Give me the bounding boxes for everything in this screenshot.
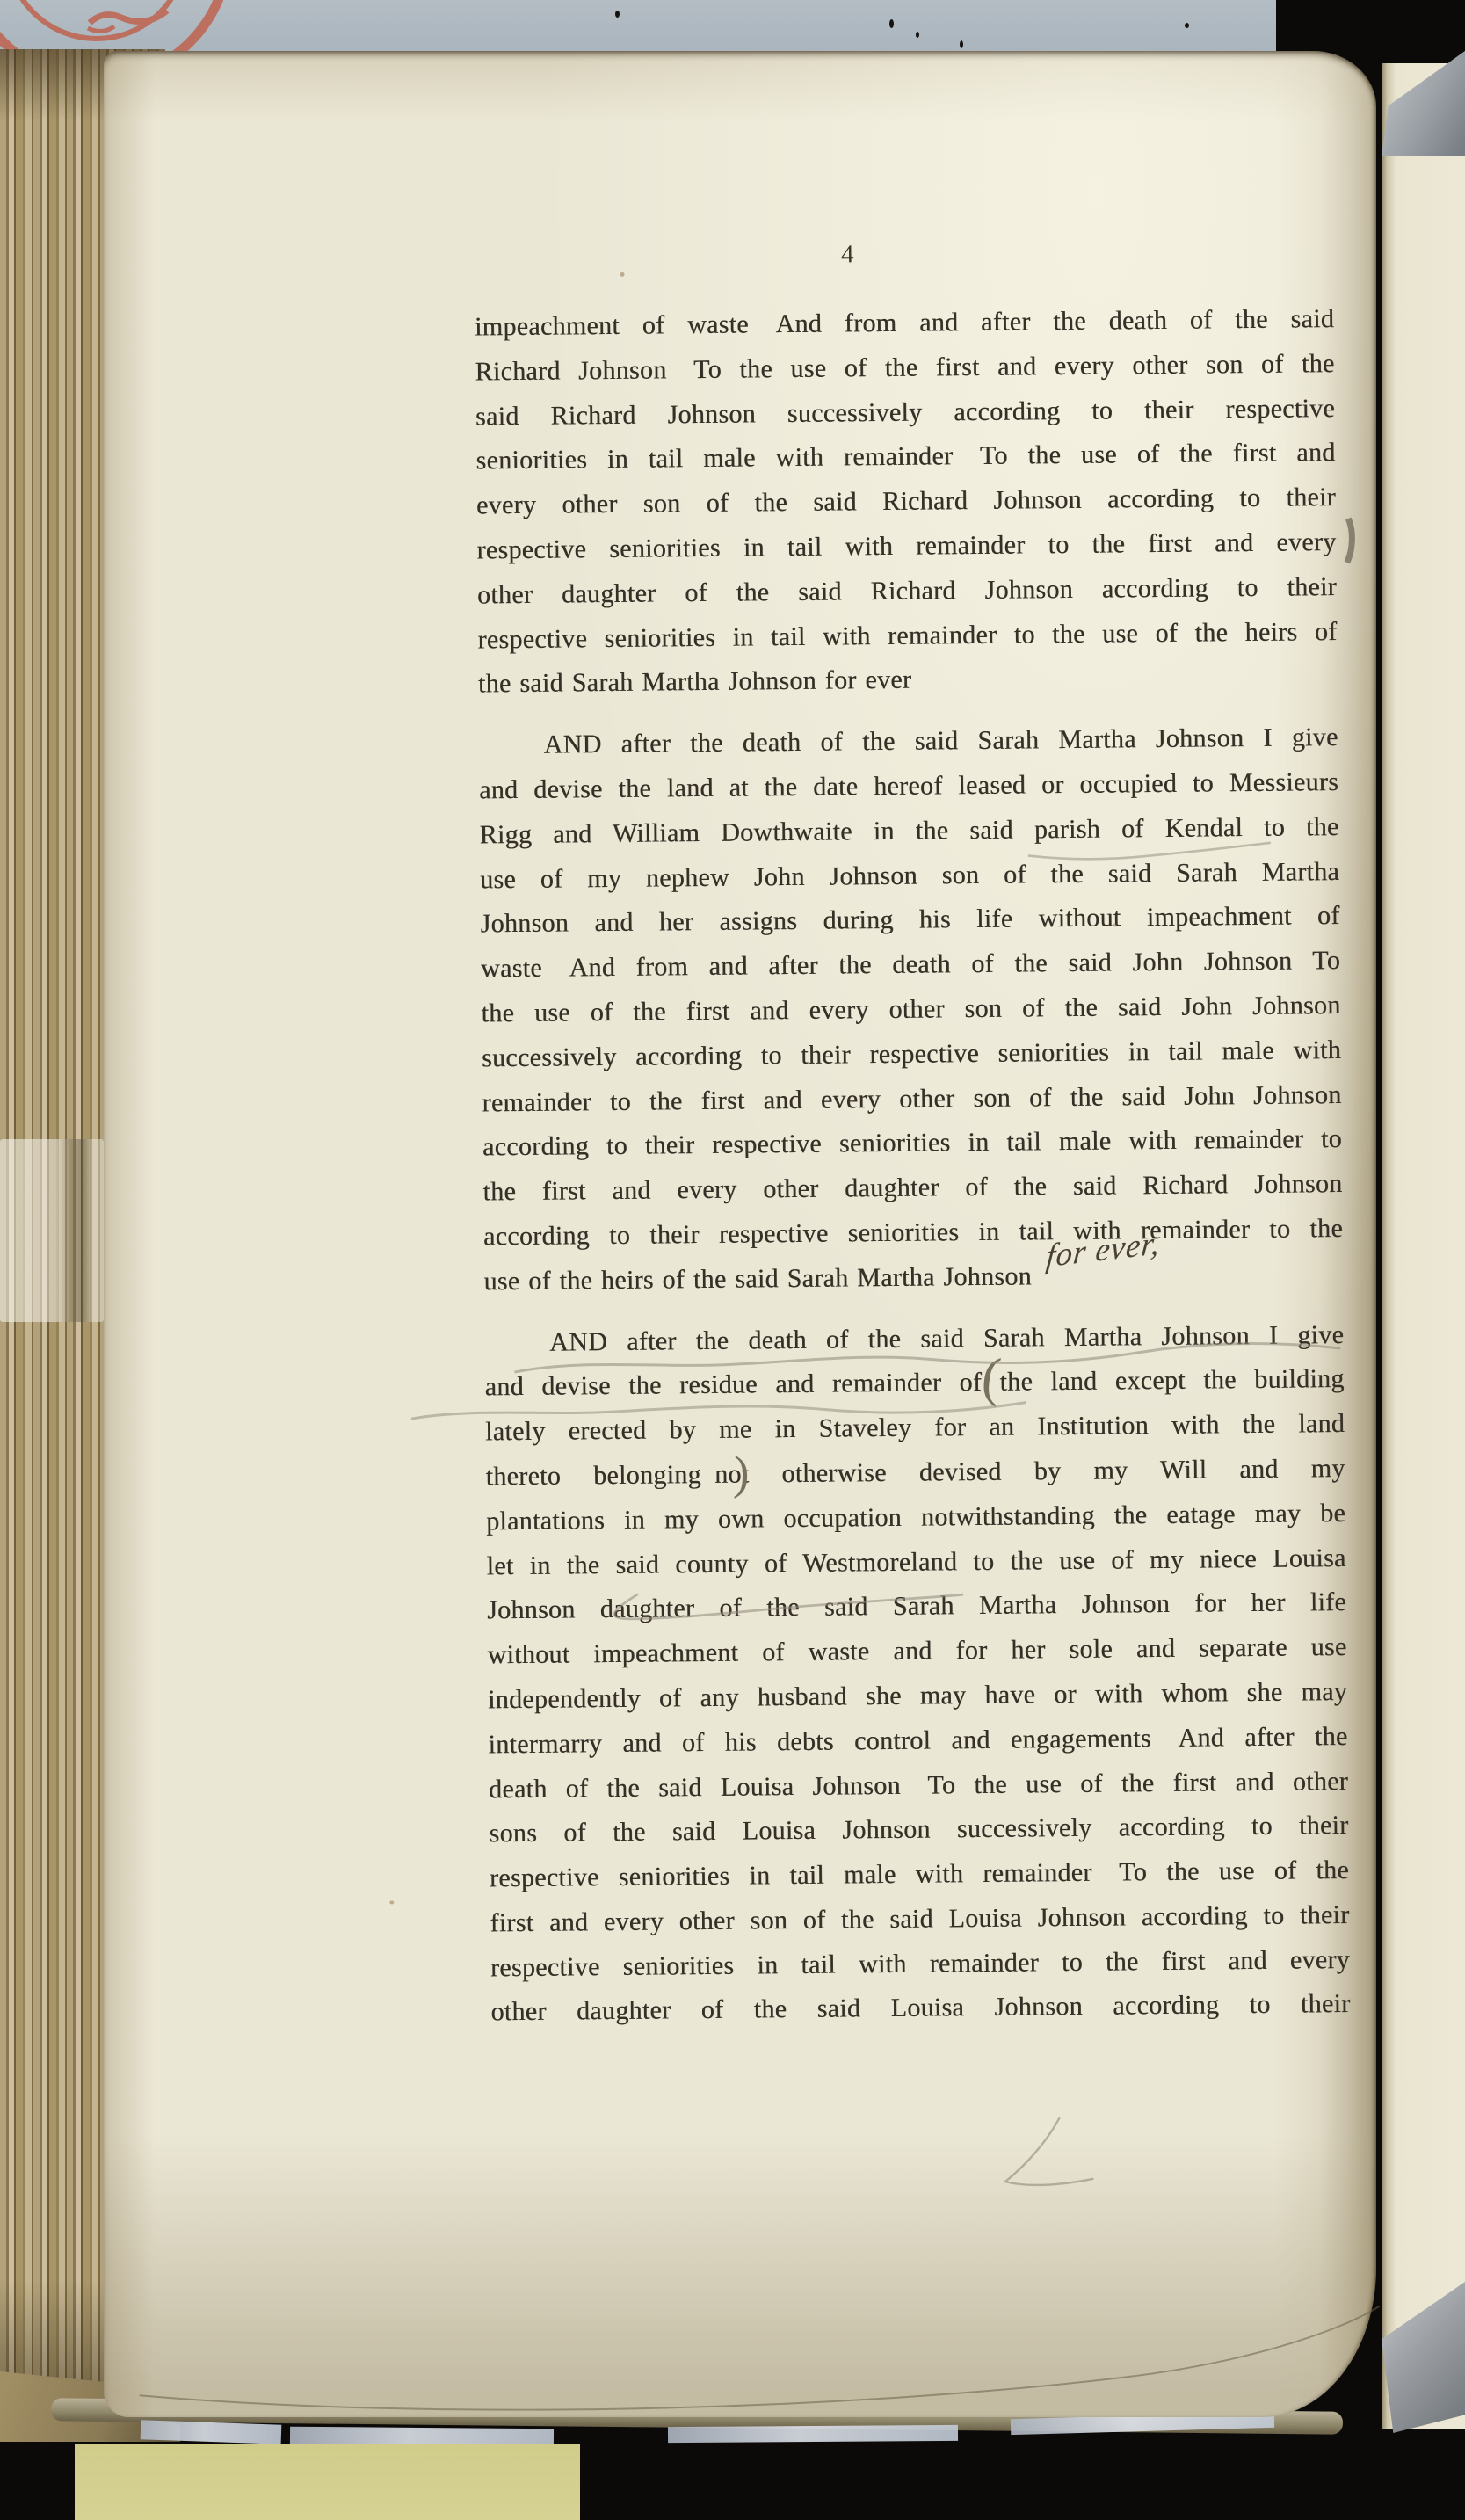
next-page-fore-edge xyxy=(1382,63,1465,2429)
pencil-checkmark xyxy=(1004,2117,1094,2185)
westmoreland-underline-mark xyxy=(614,1591,963,1619)
dust-speck xyxy=(615,11,620,18)
foxing-spot xyxy=(1113,923,1117,926)
document-page: 4 impeachment of waste And from and afte… xyxy=(104,51,1376,2417)
page-edge-sliver xyxy=(668,2425,958,2443)
foxing-spot xyxy=(389,1900,394,1904)
wavy-pencil-line-1 xyxy=(514,1343,1340,1373)
page-crease-line xyxy=(139,2306,1381,2414)
wavy-pencil-line-2 xyxy=(411,1402,1026,1419)
yellow-card xyxy=(75,2444,580,2520)
scanned-book-photo: ER OFFICE 4 impeachment of waste And fro… xyxy=(0,0,1465,2520)
dust-speck xyxy=(916,32,919,38)
dust-speck xyxy=(889,19,894,28)
kendal-underline-mark xyxy=(1028,843,1271,860)
pencil-marks-overlay xyxy=(92,44,1388,2422)
page-content: 4 impeachment of waste And from and afte… xyxy=(92,44,1388,2422)
repair-tape xyxy=(0,1139,104,1322)
edge-smudge xyxy=(1346,519,1352,563)
dust-speck xyxy=(1185,23,1189,28)
foxing-spot xyxy=(620,272,624,277)
